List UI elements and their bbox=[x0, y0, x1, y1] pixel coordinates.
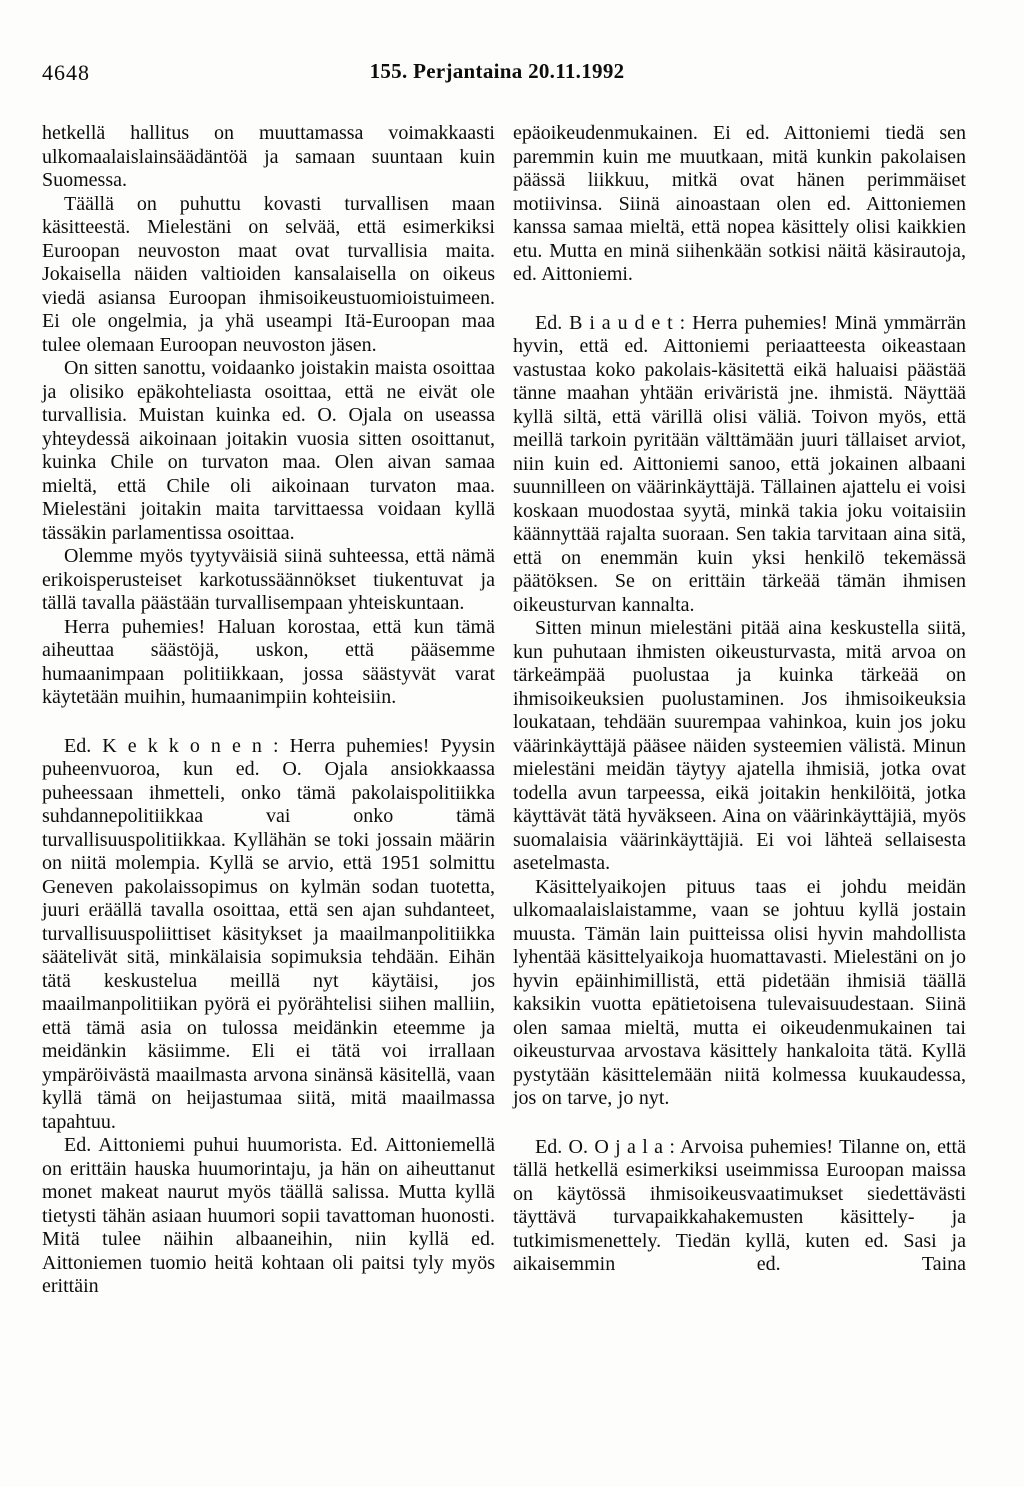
right-column: epäoikeudenmukainen. Ei ed. Aittoniemi t… bbox=[513, 122, 966, 1299]
left-column: hetkellä hallitus on muuttamassa voimakk… bbox=[42, 122, 495, 1299]
paragraph: Ed. O. O j a l a : Arvoisa puhemies! Til… bbox=[513, 1136, 966, 1277]
document-page: 4648 155. Perjantaina 20.11.1992 hetkell… bbox=[0, 0, 1024, 1487]
page-title: 155. Perjantaina 20.11.1992 bbox=[0, 59, 994, 84]
paragraph: Ed. K e k k o n e n : Herra puhemies! Py… bbox=[42, 735, 495, 1135]
paragraph: Täällä on puhuttu kovasti turvallisen ma… bbox=[42, 193, 495, 358]
paragraph: Ed. Aittoniemi puhui huumorista. Ed. Ait… bbox=[42, 1134, 495, 1299]
paragraph: On sitten sanottu, voidaanko joistakin m… bbox=[42, 357, 495, 545]
paragraph: Käsittelyaikojen pituus taas ei johdu me… bbox=[513, 876, 966, 1111]
paragraph: Herra puhemies! Haluan korostaa, että ku… bbox=[42, 616, 495, 710]
paragraph: Sitten minun mielestäni pitää aina kesku… bbox=[513, 617, 966, 876]
paragraph: Olemme myös tyytyväisiä siinä suhteessa,… bbox=[42, 545, 495, 616]
paragraph: hetkellä hallitus on muuttamassa voimakk… bbox=[42, 122, 495, 193]
page-header: 4648 155. Perjantaina 20.11.1992 bbox=[0, 0, 1024, 122]
paragraph: epäoikeudenmukainen. Ei ed. Aittoniemi t… bbox=[513, 122, 966, 287]
text-columns: hetkellä hallitus on muuttamassa voimakk… bbox=[0, 122, 1024, 1299]
paragraph: Ed. B i a u d e t : Herra puhemies! Minä… bbox=[513, 312, 966, 618]
